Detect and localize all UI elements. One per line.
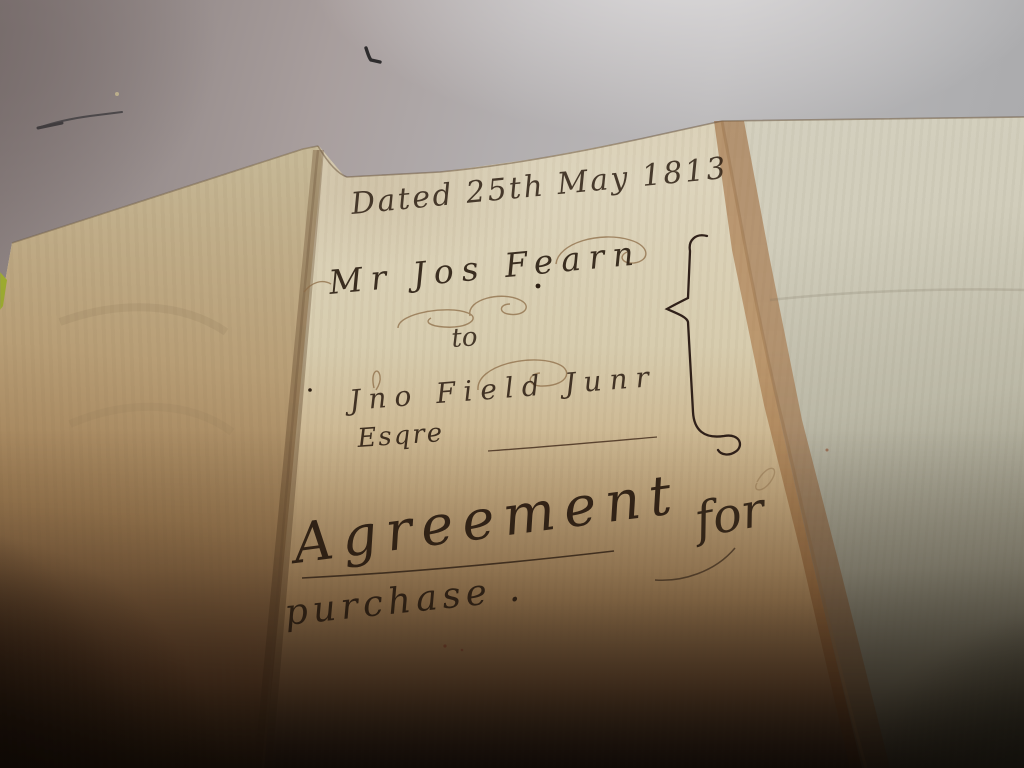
photo-corner-shadow-right bbox=[0, 0, 1024, 768]
photo-of-folded-document: Dated 25th May 1813 Mr Jos Fearn to Jno … bbox=[0, 0, 1024, 768]
